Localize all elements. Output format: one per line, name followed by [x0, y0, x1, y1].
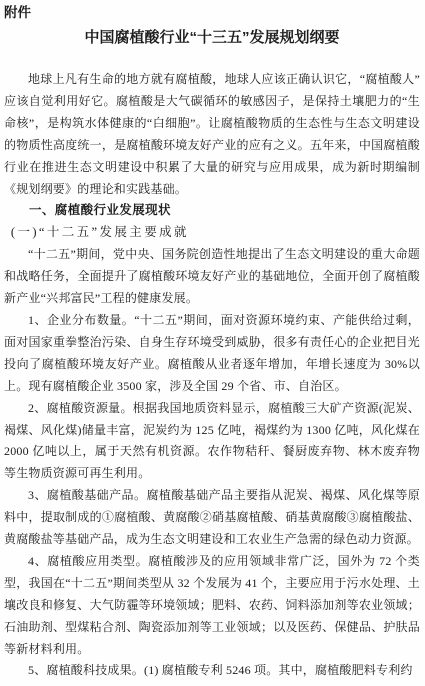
attachment-label: 附件	[4, 4, 420, 22]
paragraph-5-science-achievements: 5、腐植酸科技成果。(1) 腐植酸专利 5246 项。其中，腐植酸肥料专利约	[4, 660, 420, 682]
paragraph-3-basic-products: 3、腐植酸基础产品。腐植酸基础产品主要指从泥炭、褐煤、风化煤等原料中，提取制成的…	[4, 485, 420, 551]
paragraph-achievements-overview: “十二五”期间，党中央、国务院创造性地提出了生态文明建设的重大命题和战略任务，全…	[4, 244, 420, 310]
paragraph-1-enterprise-distribution: 1、企业分布数量。“十二五”期间，面对资源环境约束、产能供给过剩，面对国家重拳整…	[4, 310, 420, 398]
document-title: 中国腐植酸行业“十三五”发展规划纲要	[4, 27, 420, 49]
document-page: 附件 中国腐植酸行业“十三五”发展规划纲要 地球上凡有生命的地方就有腐植酸，地球…	[0, 0, 425, 686]
paragraph-intro: 地球上凡有生命的地方就有腐植酸，地球人应该正确认识它，“腐植酸人”应该自觉利用好…	[4, 69, 420, 200]
paragraph-4-application-types: 4、腐植酸应用类型。腐植酸涉及的应用领域非常广泛，国外为 72 个类型，我国在“…	[4, 551, 420, 661]
section-heading-industry-status: 一、腐植酸行业发展现状	[4, 200, 420, 222]
paragraph-2-resource-quantity: 2、腐植酸资源量。根据我国地质资料显示，腐植酸三大矿产资源(泥炭、褐煤、风化煤)…	[4, 398, 420, 486]
subsection-heading-12th-fiveyear-achievements: (一)“十二五”发展主要成就	[4, 222, 420, 244]
